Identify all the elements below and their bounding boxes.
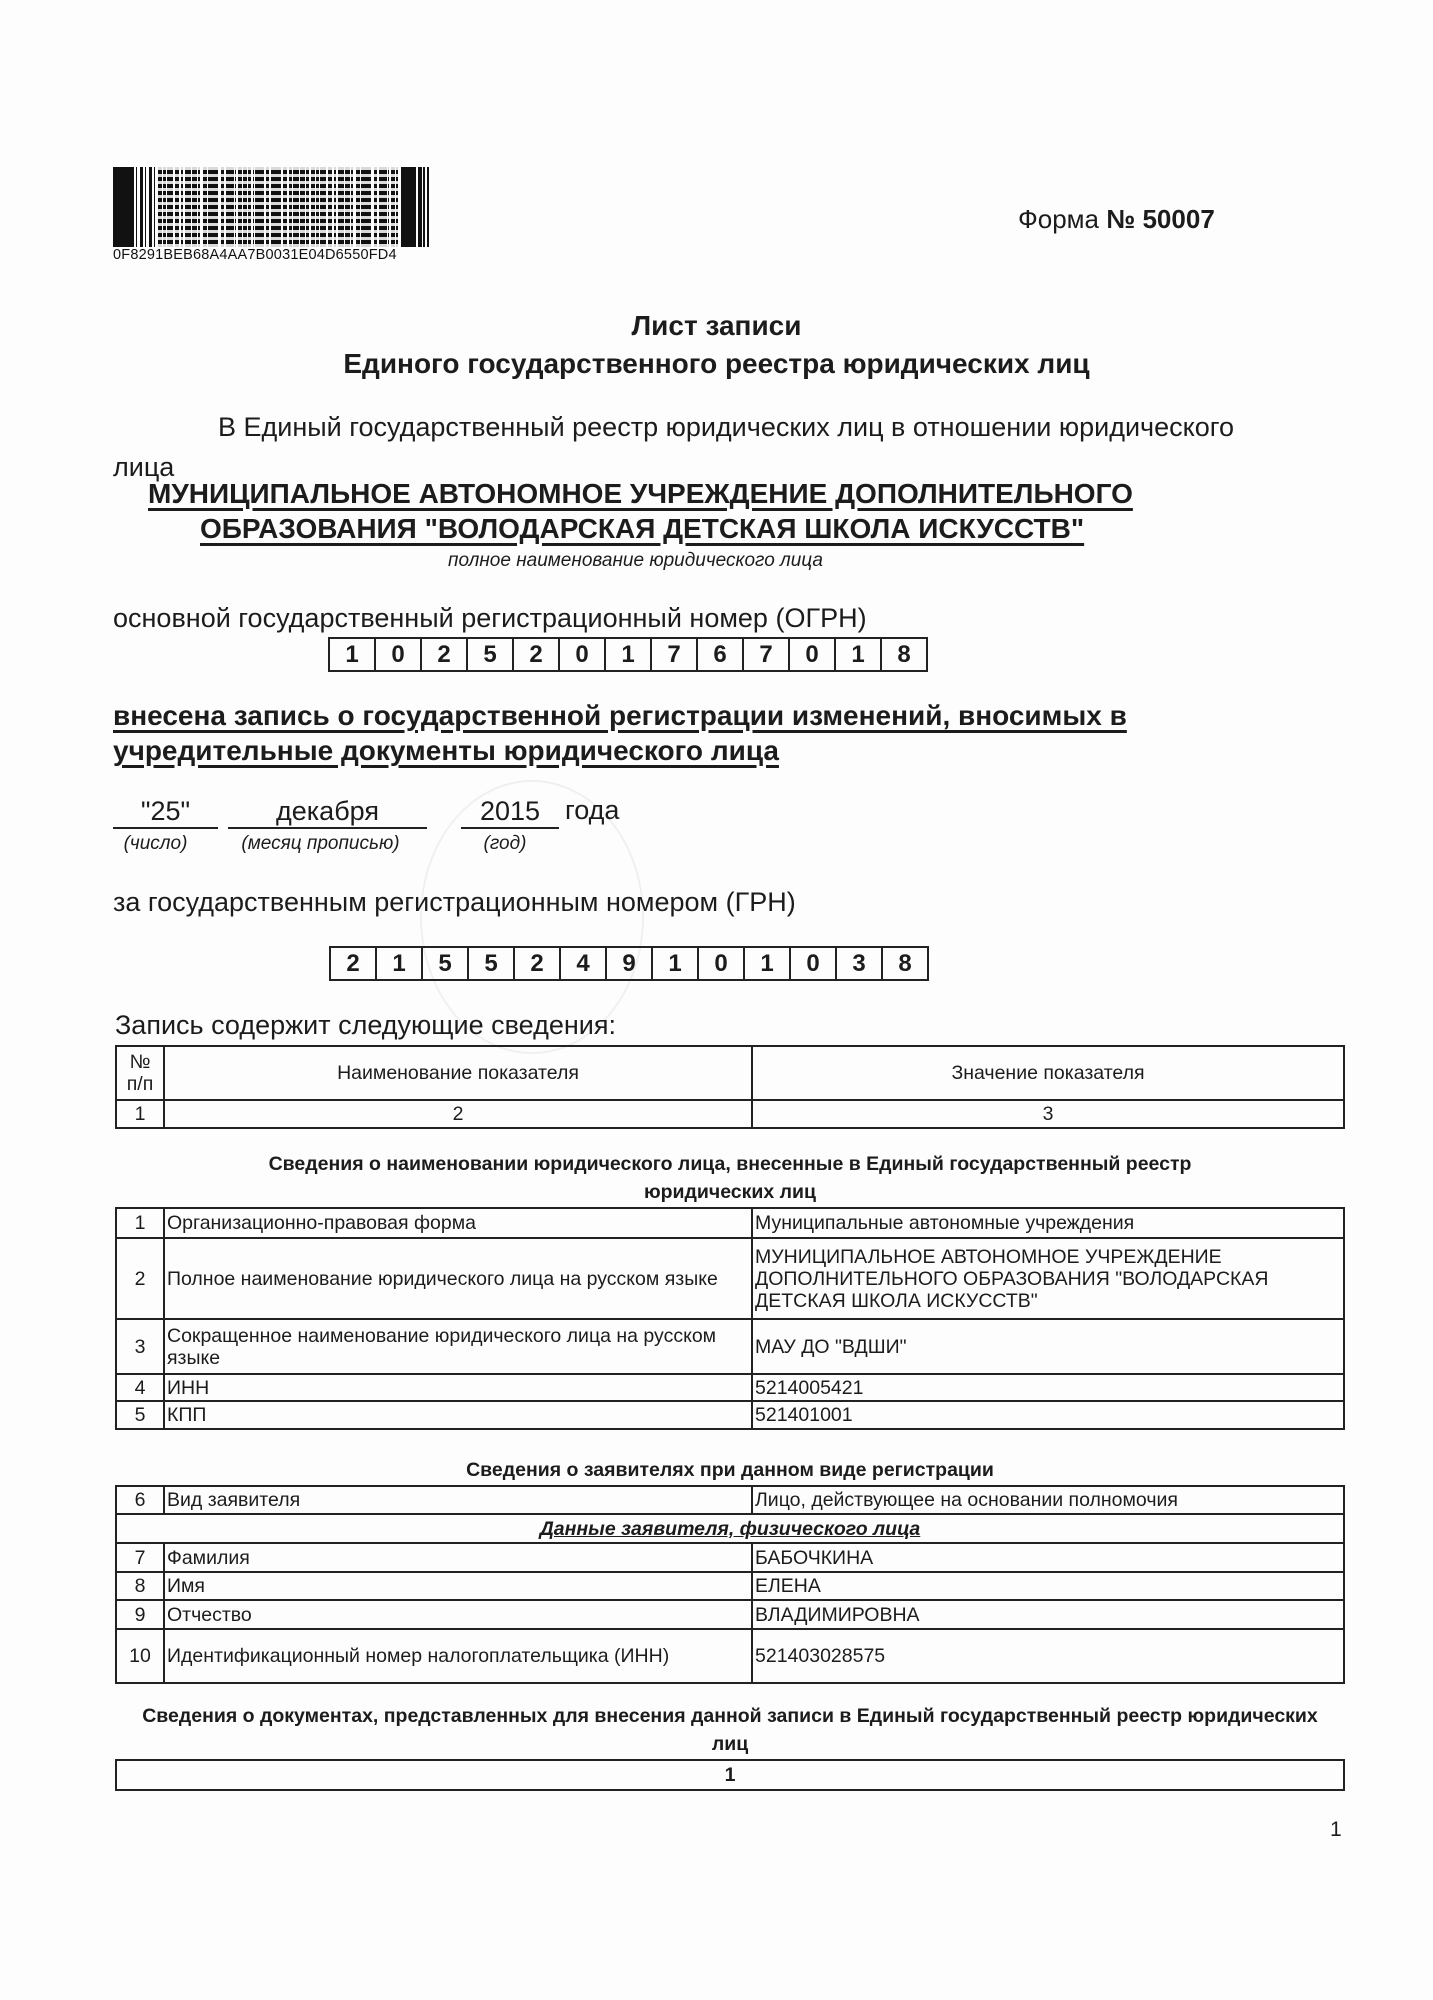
- table-row: 1 Организационно-правовая форма Муниципа…: [116, 1208, 1344, 1238]
- form-label: Форма: [1018, 204, 1099, 234]
- header-num: № п/п: [116, 1046, 164, 1100]
- grn-label: за государственным регистрационным номер…: [113, 887, 796, 918]
- section-name-title: Сведения о наименовании юридического лиц…: [115, 1150, 1345, 1206]
- entry-line1: внесена запись о государственной регистр…: [113, 700, 1127, 732]
- barcode-bars: [113, 167, 429, 247]
- date-year-suffix: года: [565, 795, 619, 826]
- table-row: 6 Вид заявителя Лицо, действующее на осн…: [116, 1486, 1344, 1514]
- header-name: Наименование показателя: [164, 1046, 752, 1100]
- grn-digits: 2155249101038: [329, 946, 929, 981]
- table-row: 7 Фамилия БАБОЧКИНА: [116, 1543, 1344, 1572]
- page-number: 1: [1330, 1818, 1342, 1842]
- entry-line2: учредительные документы юридического лиц…: [113, 735, 779, 767]
- table-row: 4 ИНН 5214005421: [116, 1374, 1344, 1401]
- org-name-line1: МУНИЦИПАЛЬНОЕ АВТОНОМНОЕ УЧРЕЖДЕНИЕ ДОПО…: [148, 478, 1133, 510]
- table-row: 8 Имя ЕЛЕНА: [116, 1572, 1344, 1600]
- ogrn-digits: 1025201767018: [328, 637, 928, 672]
- ogrn-label: основной государственный регистрационный…: [113, 603, 867, 634]
- org-name-caption: полное наименование юридического лица: [448, 550, 823, 572]
- section-documents-title: Сведения о документах, представленных дл…: [115, 1702, 1345, 1758]
- table-index-row: 1: [116, 1760, 1344, 1790]
- barcode: 0F8291BEB68A4AA7B0031E04D6550FD4: [113, 167, 429, 267]
- table-header-row: № п/п Наименование показателя Значение п…: [116, 1046, 1344, 1100]
- date-month-caption: (месяц прописью): [228, 833, 413, 855]
- table-row: 2 Полное наименование юридического лица …: [116, 1238, 1344, 1319]
- table-row: 9 Отчество ВЛАДИМИРОВНА: [116, 1600, 1344, 1629]
- applicant-subheader-row: Данные заявителя, физического лица: [116, 1514, 1344, 1543]
- contents-label: Запись содержит следующие сведения:: [115, 1010, 616, 1041]
- table-row: 3 Сокращенное наименование юридического …: [116, 1319, 1344, 1374]
- barcode-code: 0F8291BEB68A4AA7B0031E04D6550FD4: [113, 247, 397, 263]
- date-day: "25": [113, 795, 218, 829]
- table-row: 10 Идентификационный номер налогоплатель…: [116, 1629, 1344, 1683]
- section-applicant-table: 6 Вид заявителя Лицо, действующее на осн…: [115, 1485, 1345, 1684]
- section-applicant-title: Сведения о заявителях при данном виде ре…: [115, 1456, 1345, 1484]
- section-documents-table: 1: [115, 1759, 1345, 1791]
- date-day-caption: (число): [113, 833, 198, 855]
- doc-title-line2: Единого государственного реестра юридиче…: [0, 348, 1433, 380]
- table-row: 5 КПП 521401001: [116, 1401, 1344, 1429]
- header-value: Значение показателя: [752, 1046, 1344, 1100]
- date-month: декабря: [228, 795, 427, 829]
- form-number-value: № 50007: [1106, 204, 1215, 234]
- org-name-line2: ОБРАЗОВАНИЯ "ВОЛОДАРСКАЯ ДЕТСКАЯ ШКОЛА И…: [200, 513, 1084, 545]
- contents-header-table: № п/п Наименование показателя Значение п…: [115, 1045, 1345, 1129]
- form-number: Форма № 50007: [1018, 204, 1215, 235]
- section-name-table: 1 Организационно-правовая форма Муниципа…: [115, 1207, 1345, 1430]
- date-year: 2015: [461, 795, 559, 829]
- date-year-caption: (год): [470, 833, 540, 855]
- intro-line1: В Единый государственный реестр юридичес…: [218, 412, 1234, 443]
- table-index-row: 1 2 3: [116, 1100, 1344, 1128]
- doc-title-line1: Лист записи: [0, 310, 1433, 342]
